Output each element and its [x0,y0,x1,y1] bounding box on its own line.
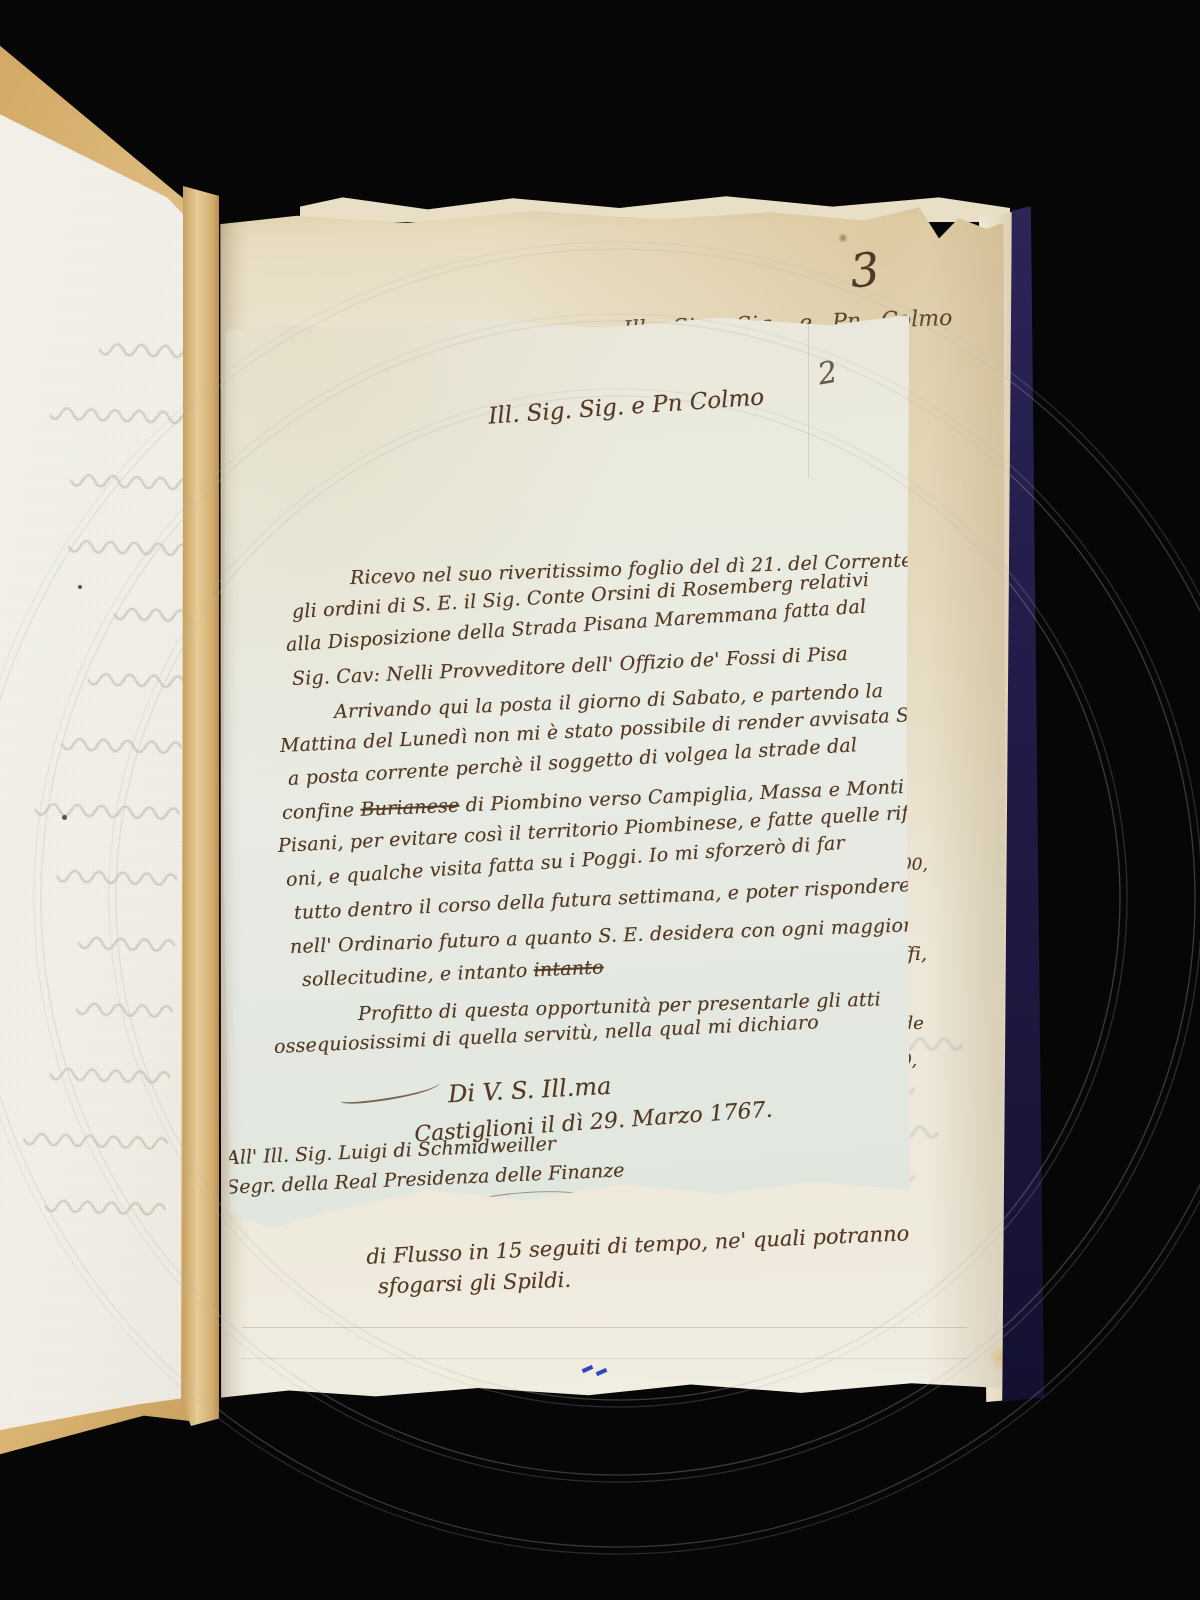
illegible-stroke [81,669,186,689]
letter-body: Ricevo nel suo riveritissimo foglio del … [292,562,906,1065]
illegible-stroke [33,800,181,821]
illegible-stroke [76,999,174,1018]
under-sheet-bottom-line: di Flusso in 15 seguiti di tempo, ne' qu… [366,1221,910,1269]
illegible-stroke [51,867,179,887]
illegible-stroke [65,537,190,557]
illegible-stroke [82,339,197,359]
illegible-stroke [41,1196,167,1216]
archive-photo: 3 Ill. Sig. Sig. e Pn Colmo 100, offi, l… [0,0,1200,1600]
under-sheet-bottom-line: sfogarsi gli Spildi. [378,1268,572,1299]
age-stain [838,233,848,243]
paper-crease [808,308,809,478]
illegible-stroke [21,1130,169,1151]
top-sheet: 2 Ill. Sig. Sig. e Pn Colmo Ricevo nel s… [222,300,912,1235]
ink-speck [78,585,82,589]
illegible-stroke [34,1064,172,1085]
bleedthrough-handwriting [0,337,198,1352]
page-number-3: 3 [847,242,882,299]
blue-ink-mark [582,1365,612,1379]
paper-crease [242,1327,967,1328]
page-number-2: 2 [815,355,840,393]
ink-speck [62,815,67,820]
salutation: Ill. Sig. Sig. e Pn Colmo [487,384,764,429]
illegible-stroke [48,734,183,755]
closing: Di V. S. Ill.ma [447,1072,612,1109]
closing-flourish [339,1078,440,1106]
illegible-stroke [103,604,189,623]
binding-gutter [183,186,219,1426]
illegible-stroke [57,471,192,492]
illegible-stroke [58,933,176,953]
illegible-stroke [50,404,195,425]
paper-crease [242,1358,967,1359]
